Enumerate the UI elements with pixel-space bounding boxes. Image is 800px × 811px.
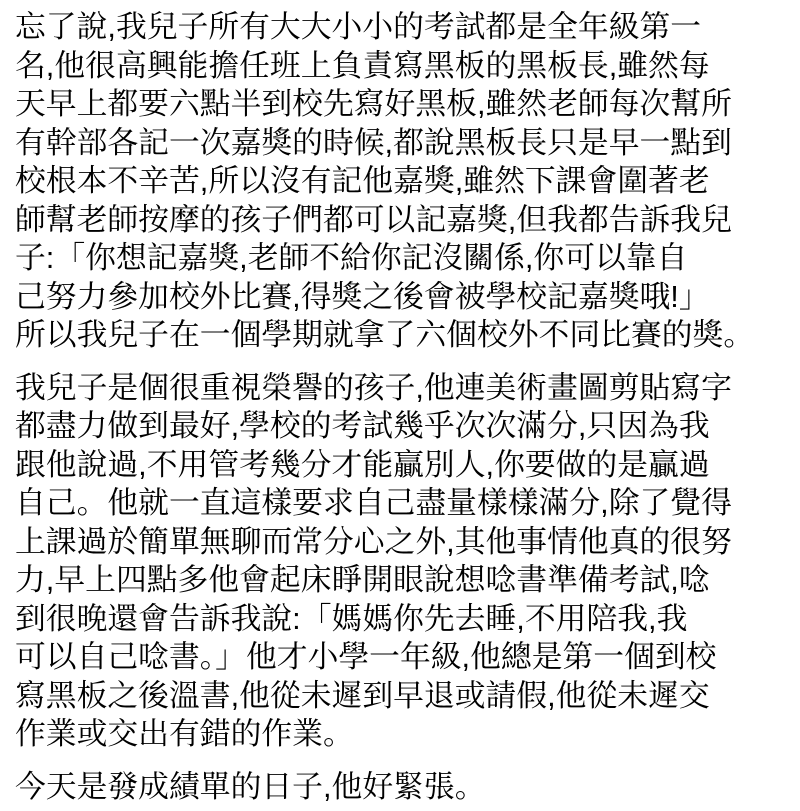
text-line: 自己。他就一直這樣要求自己盡量樣樣滿分,除了覺得 [15,484,772,523]
text-line: 跟他說過,不用管考幾分才能贏別人,你要做的是贏過 [15,446,772,485]
text-line: 上課過於簡單無聊而常分心之外,其他事情他真的很努 [15,523,772,562]
text-line: 我兒子是個很重視榮譽的孩子,他連美術畫圖剪貼寫字 [15,369,772,408]
text-line: 力,早上四點多他會起床睜開眼說想唸書準備考試,唸 [15,561,772,600]
text-line: 到很晚還會告訴我說:「媽媽你先去睡,不用陪我,我 [15,600,772,639]
text-line: 都盡力做到最好,學校的考試幾乎次次滿分,只因為我 [15,407,772,446]
text-line: 師幫老師按摩的孩子們都可以記嘉獎,但我都告訴我兒 [15,201,772,240]
text-line: 己努力參加校外比賽,得獎之後會被學校記嘉獎哦!」 [15,278,772,317]
text-line: 可以自己唸書。」他才小學一年級,他總是第一個到校 [15,638,772,677]
text-line: 有幹部各記一次嘉獎的時候,都說黑板長只是早一點到 [15,124,772,163]
text-line: 天早上都要六點半到校先寫好黑板,雖然老師每次幫所 [15,85,772,124]
text-line: 子:「你想記嘉獎,老師不給你記沒關係,你可以靠自 [15,239,772,278]
document-text: 忘了說,我兒子所有大大小小的考試都是全年級第一名,他很高興能擔任班上負責寫黑板的… [0,0,800,806]
text-line: 寫黑板之後溫書,他從未遲到早退或請假,他從未遲交 [15,677,772,716]
paragraph: 忘了說,我兒子所有大大小小的考試都是全年級第一名,他很高興能擔任班上負責寫黑板的… [15,8,772,355]
text-line: 校根本不辛苦,所以沒有記他嘉獎,雖然下課會圍著老 [15,162,772,201]
text-line: 所以我兒子在一個學期就拿了六個校外不同比賽的獎。 [15,316,772,355]
paragraph: 我兒子是個很重視榮譽的孩子,他連美術畫圖剪貼寫字都盡力做到最好,學校的考試幾乎次… [15,369,772,754]
paragraph: 今天是發成績單的日子,他好緊張。 [15,768,772,807]
text-line: 作業或交出有錯的作業。 [15,715,772,754]
text-line: 忘了說,我兒子所有大大小小的考試都是全年級第一 [15,8,772,47]
text-line: 名,他很高興能擔任班上負責寫黑板的黑板長,雖然每 [15,47,772,86]
text-line: 今天是發成績單的日子,他好緊張。 [15,768,772,807]
